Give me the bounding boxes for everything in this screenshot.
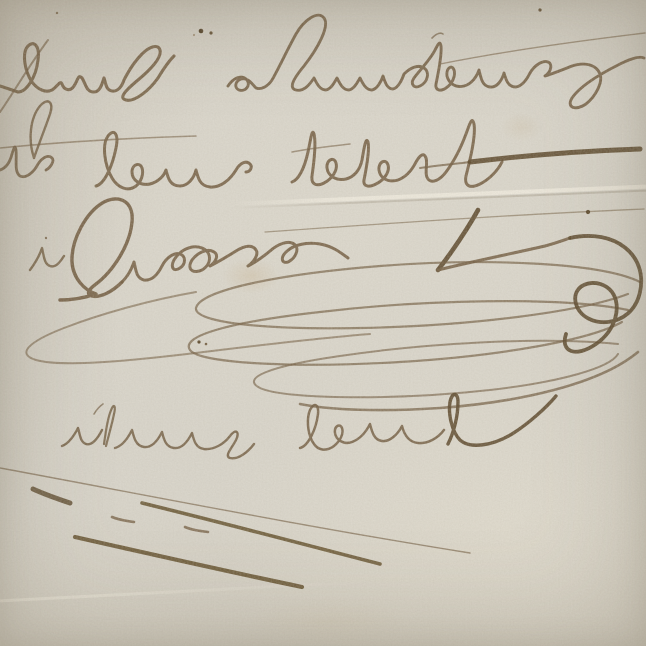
scan-vignette [0, 0, 646, 646]
manuscript-scan: breux admirateurs tre beau talent Ducorn… [0, 0, 646, 646]
